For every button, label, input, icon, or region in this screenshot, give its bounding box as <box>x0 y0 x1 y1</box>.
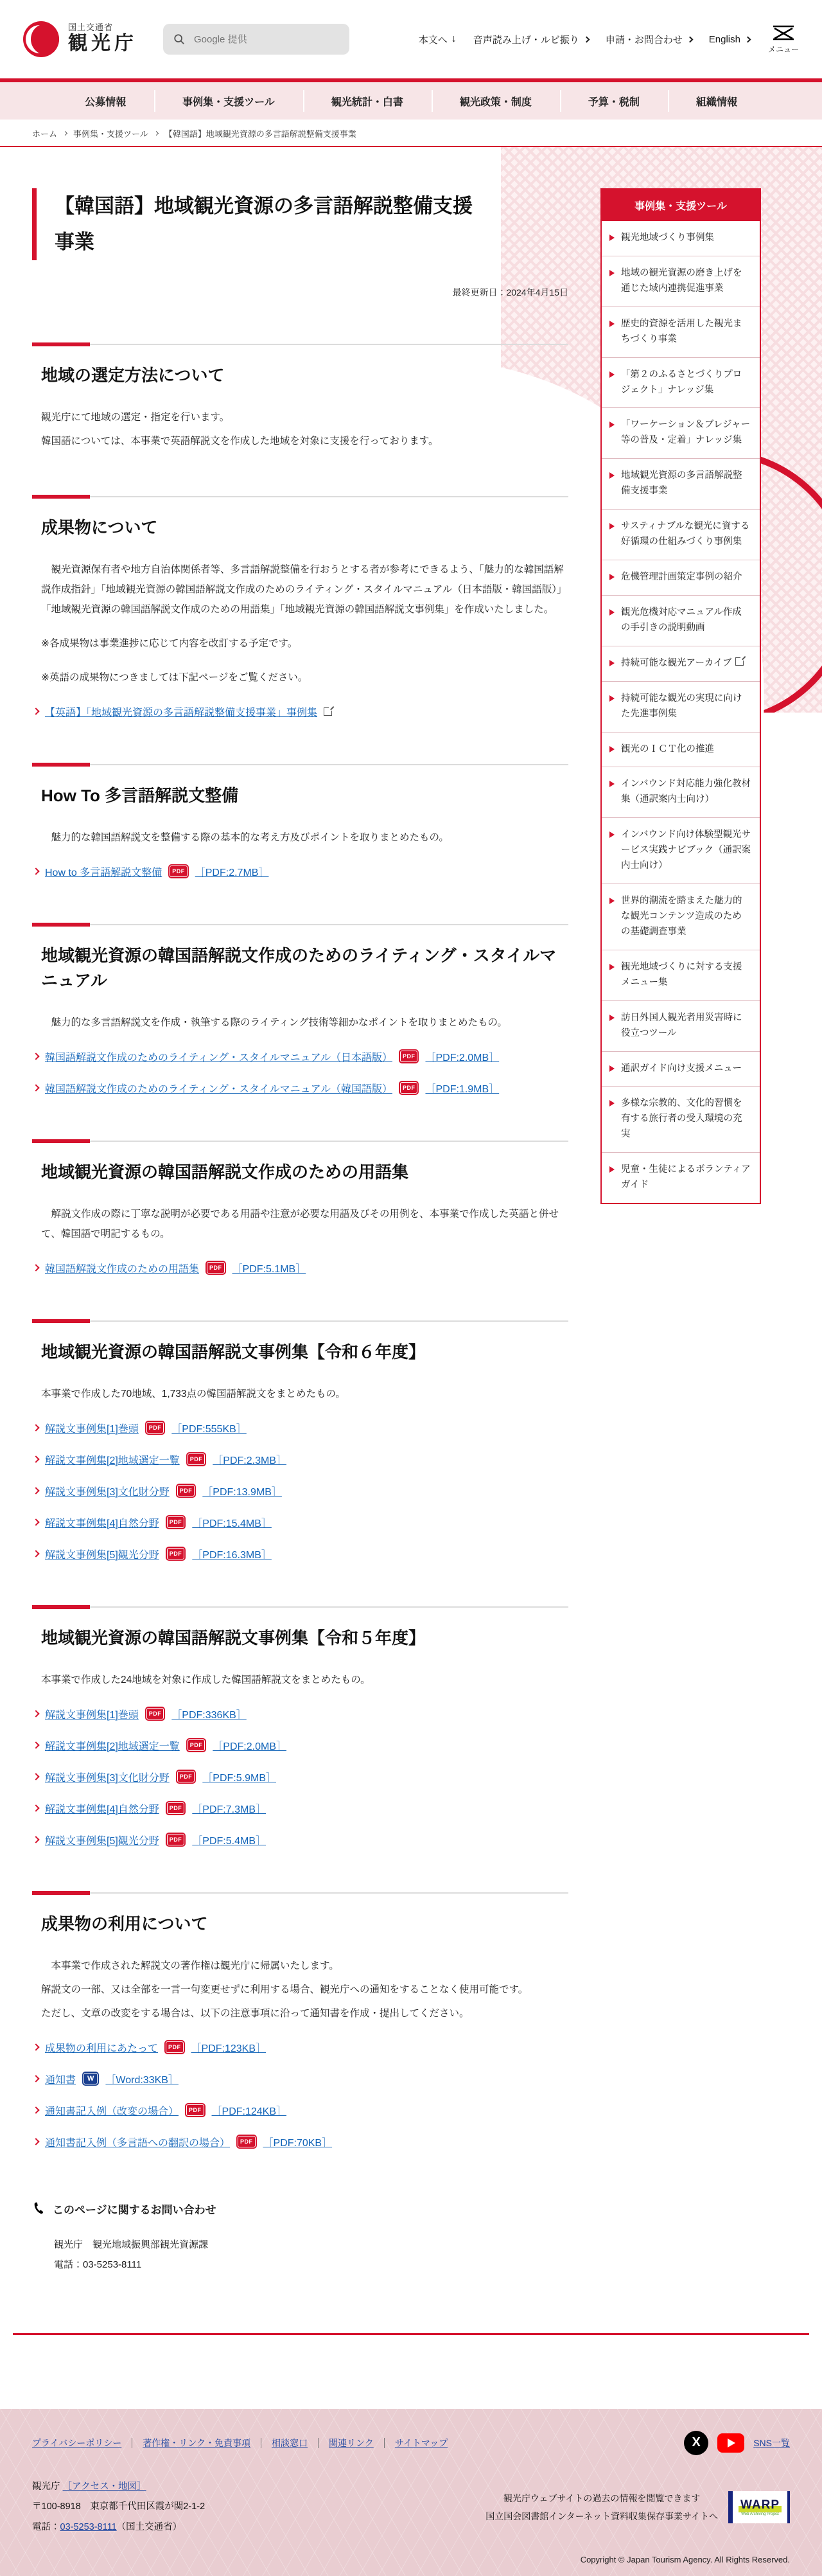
sidebar-item-label: 「ワーケーション＆ブレジャー等の普及・定着」ナレッジ集 <box>621 420 750 445</box>
section-heading: 地域観光資源の韓国語解説文作成のためのライティング・スタイルマニュアル <box>32 943 568 993</box>
section-heading-bar <box>32 1605 568 1609</box>
utility-link-label: 音声読み上げ・ルビ振り <box>473 33 579 46</box>
section-0: 地域の選定方法について観光庁にて地域の選定・指定を行います。韓国語については、本… <box>32 342 568 451</box>
sidebar-item-13[interactable]: インバウンド向け体験型観光サービス実践ナビブック（通訳案内士向け） <box>602 817 760 884</box>
sidebar-item-label: 訪日外国人観光者用災害時に役立つツール <box>621 1013 742 1038</box>
sidebar-item-10[interactable]: 持続可能な観光の実現に向けた先進事例集 <box>602 681 760 732</box>
section-heading-bar <box>32 763 568 767</box>
triangle-bullet-icon <box>609 746 615 752</box>
triangle-bullet-icon <box>609 898 615 904</box>
site-header: 国土交通省 観光庁 本文へ↓音声読み上げ・ルビ振り申請・お問合わせEnglish… <box>0 0 822 78</box>
nav-item-2[interactable]: 観光統計・白書 <box>303 82 432 120</box>
sidebar-item-label: 観光地域づくりに対する支援メニュー集 <box>621 962 742 988</box>
chevron-right-icon <box>32 1710 39 1717</box>
triangle-bullet-icon <box>609 1065 615 1072</box>
triangle-bullet-icon <box>609 321 615 327</box>
sidebar-item-label: 持続可能な観光アーカイブ <box>621 658 731 668</box>
breadcrumb-link-0[interactable]: ホーム <box>32 127 57 139</box>
pdf-icon: PDF <box>205 1261 226 1275</box>
phone-icon <box>32 2201 45 2216</box>
sidebar-item-label: 地域観光資源の多言語解説整備支援事業 <box>621 470 742 496</box>
document-link[interactable]: 解説文事例集[1]巻頭 <box>45 1707 139 1721</box>
document-link[interactable]: 韓国語解説文作成のためのライティング・スタイルマニュアル（韓国語版） <box>45 1081 392 1096</box>
section-heading-bar <box>32 1139 568 1143</box>
sidebar-item-label: インバウンド対応能力強化教材集（通訳案内士向け） <box>621 779 751 804</box>
sidebar-item-5[interactable]: 地域観光資源の多言語解説整備支援事業 <box>602 458 760 509</box>
document-link[interactable]: 解説文事例集[5]観光分野 <box>45 1547 159 1561</box>
file-size-link[interactable]: ［PDF:13.9MB］ <box>202 1484 282 1498</box>
document-link[interactable]: 通知書記入例（多言語への翻訳の場合） <box>45 2135 230 2149</box>
document-link[interactable]: 通知書 <box>45 2072 76 2086</box>
contact-heading: このページに関するお問い合わせ <box>53 2201 216 2217</box>
section-paragraph: 観光庁にて地域の選定・指定を行います。 <box>32 407 568 427</box>
sidebar-title: 事例集・支援ツール <box>602 190 760 221</box>
search-icon <box>173 33 185 45</box>
file-size-link[interactable]: ［PDF:2.7MB］ <box>195 864 269 879</box>
section-6: 地域観光資源の韓国語解説文事例集【令和５年度】本事業で作成した24地域を対象に作… <box>32 1605 568 1847</box>
document-link-row: 解説文事例集[2]地域選定一覧PDF［PDF:2.3MB］ <box>33 1452 568 1467</box>
footer-link-0[interactable]: プライバシーポリシー <box>32 2437 121 2449</box>
sidebar-item-11[interactable]: 観光のＩＣＴ化の推進 <box>602 732 760 767</box>
document-link[interactable]: 解説文事例集[5]観光分野 <box>45 1833 159 1847</box>
utility-link-1[interactable]: 音声読み上げ・ルビ振り <box>473 33 589 46</box>
triangle-bullet-icon <box>609 660 615 666</box>
chevron-right-icon <box>32 867 39 875</box>
document-link-row: 解説文事例集[3]文化財分野PDF［PDF:5.9MB］ <box>33 1770 568 1784</box>
utility-link-3[interactable]: English <box>709 34 750 45</box>
document-link-row: 解説文事例集[4]自然分野PDF［PDF:7.3MB］ <box>33 1801 568 1816</box>
chevron-right-icon <box>32 707 39 715</box>
document-link-row: 韓国語解説文作成のためのライティング・スタイルマニュアル（韓国語版）PDF［PD… <box>33 1081 568 1096</box>
section-4: 地域観光資源の韓国語解説文作成のための用語集 解説文作成の際に丁寧な説明が必要で… <box>32 1139 568 1275</box>
global-nav: 公募情報事例集・支援ツール観光統計・白書観光政策・制度予算・税制組織情報 <box>0 78 822 120</box>
sidebar-item-label: 持続可能な観光の実現に向けた先進事例集 <box>621 693 742 719</box>
document-link-row: 解説文事例集[4]自然分野PDF［PDF:15.4MB］ <box>33 1515 568 1530</box>
section-heading: 地域の選定方法について <box>32 363 568 388</box>
sidebar-item-1[interactable]: 地域の観光資源の磨き上げを通じた域内連携促進事業 <box>602 256 760 306</box>
triangle-bullet-icon <box>609 574 615 580</box>
sidebar-item-18[interactable]: 多様な宗教的、文化的習慣を有する旅行者の受入環境の充実 <box>602 1086 760 1152</box>
chevron-right-icon <box>32 1264 39 1271</box>
section-3: 地域観光資源の韓国語解説文作成のためのライティング・スタイルマニュアル 魅力的な… <box>32 923 568 1096</box>
triangle-bullet-icon <box>609 270 615 276</box>
menu-icon <box>771 24 796 41</box>
triangle-bullet-icon <box>609 1015 615 1021</box>
breadcrumb-separator <box>154 131 159 136</box>
section-heading-bar <box>32 1891 568 1895</box>
page-title: 【韓国語】地域観光資源の多言語解説整備支援事業 <box>32 188 482 260</box>
chevron-right-icon <box>32 2043 39 2050</box>
chevron-right-icon <box>32 1487 39 1494</box>
word-icon: W <box>82 2072 99 2086</box>
sidebar-item-label: 観光のＩＣＴ化の推進 <box>621 744 714 754</box>
pdf-icon: PDF <box>145 1421 166 1435</box>
footer-agency: 観光庁 <box>32 2482 60 2492</box>
triangle-bullet-icon <box>609 1166 615 1173</box>
file-size-link[interactable]: ［PDF:1.9MB］ <box>425 1081 499 1096</box>
utility-link-label: 申請・お問合わせ <box>606 33 683 46</box>
section-heading: 地域観光資源の韓国語解説文事例集【令和６年度】 <box>32 1340 568 1365</box>
breadcrumb-row: ホーム事例集・支援ツール【韓国語】地域観光資源の多言語解説整備支援事業 <box>0 120 822 147</box>
chevron-right-icon <box>32 2138 39 2145</box>
file-size-link[interactable]: ［PDF:123KB］ <box>191 2040 267 2055</box>
breadcrumb-current: 【韓国語】地域観光資源の多言語解説整備支援事業 <box>164 127 356 139</box>
triangle-bullet-icon <box>609 609 615 616</box>
sidebar-item-label: 危機管理計画策定事例の紹介 <box>621 572 742 582</box>
document-link-row: 【英語】「地域観光資源の多言語解説整備支援事業」事例集 <box>33 704 568 719</box>
sidebar: 事例集・支援ツール 観光地域づくり事例集地域の観光資源の磨き上げを通じた域内連携… <box>600 188 761 1204</box>
section-paragraph: 魅力的な韓国語解説文を整備する際の基本的な考え方及びポイントを取りまとめたもの。 <box>32 828 568 848</box>
pdf-icon: PDF <box>168 864 189 878</box>
document-link-row: 通知書記入例（改変の場合）PDF［PDF:124KB］ <box>33 2103 568 2118</box>
section-paragraph: ただし、文章の改変をする場合は、以下の注意事項に沿って通知書を作成・提出してくだ… <box>32 2003 568 2023</box>
sidebar-item-label: 歴史的資源を活用した観光まちづくり事業 <box>621 319 742 344</box>
sidebar-item-4[interactable]: 「ワーケーション＆ブレジャー等の普及・定着」ナレッジ集 <box>602 407 760 458</box>
sidebar-item-19[interactable]: 児童・生徒によるボランティアガイド <box>602 1152 760 1203</box>
utility-link-label: English <box>709 34 740 45</box>
pdf-icon: PDF <box>164 2040 185 2054</box>
x-twitter-icon[interactable]: X <box>684 2431 708 2455</box>
document-link-row: 解説文事例集[2]地域選定一覧PDF［PDF:2.0MB］ <box>33 1738 568 1753</box>
youtube-icon[interactable] <box>717 2433 744 2453</box>
chevron-right-icon <box>32 2106 39 2113</box>
section-paragraph: 本事業で作成した24地域を対象に作成した韓国語解説文をまとめたもの。 <box>32 1670 568 1690</box>
sidebar-item-label: 通訳ガイド向け支援メニュー <box>621 1063 742 1074</box>
section-2: How To 多言語解説文整備 魅力的な韓国語解説文を整備する際の基本的な考え方… <box>32 763 568 879</box>
document-link[interactable]: 解説文事例集[4]自然分野 <box>45 1515 159 1530</box>
document-link[interactable]: 韓国語解説文作成のための用語集 <box>45 1261 199 1275</box>
triangle-bullet-icon <box>609 695 615 702</box>
down-arrow-icon: ↓ <box>451 33 457 45</box>
archive-line1: 観光庁ウェブサイトの過去の情報を閲覧できます <box>485 2489 718 2507</box>
breadcrumb-link-1[interactable]: 事例集・支援ツール <box>73 127 148 139</box>
chevron-right-icon <box>32 1550 39 1557</box>
section-heading: How To 多言語解説文整備 <box>32 783 568 808</box>
sidebar-item-2[interactable]: 歴史的資源を活用した観光まちづくり事業 <box>602 306 760 357</box>
document-link-row: 通知書W［Word:33KB］ <box>33 2072 568 2086</box>
nav-item-1[interactable]: 事例集・支援ツール <box>154 82 303 120</box>
file-size-link[interactable]: ［PDF:70KB］ <box>263 2135 333 2149</box>
agency-logo[interactable]: 国土交通省 観光庁 <box>23 21 137 57</box>
external-link-icon <box>735 657 744 666</box>
nav-item-4[interactable]: 予算・税制 <box>560 82 668 120</box>
chevron-right-icon <box>32 1424 39 1431</box>
chevron-right-icon <box>32 1518 39 1525</box>
sidebar-item-label: サスティナブルな観光に資する好循環の仕組みづくり事例集 <box>621 521 749 547</box>
footer-tel-link[interactable]: 03-5253-8111 <box>60 2522 117 2532</box>
chevron-right-icon <box>32 1836 39 1843</box>
file-size-link[interactable]: ［PDF:7.3MB］ <box>192 1801 266 1816</box>
pdf-icon: PDF <box>176 1770 197 1784</box>
section-paragraph: 本事業で作成された解説文の著作権は観光庁に帰属いたします。 <box>32 1956 568 1976</box>
footer-social: X SNS一覧 <box>684 2431 790 2455</box>
chevron-right-icon <box>32 2075 39 2082</box>
pdf-icon: PDF <box>145 1707 166 1721</box>
access-map-link[interactable]: ［アクセス・地図］ <box>63 2482 146 2492</box>
section-heading: 地域観光資源の韓国語解説文作成のための用語集 <box>32 1160 568 1185</box>
sidebar-item-label: インバウンド向け体験型観光サービス実践ナビブック（通訳案内士向け） <box>621 830 751 871</box>
document-link-row: 成果物の利用にあたってPDF［PDF:123KB］ <box>33 2040 568 2055</box>
search-input[interactable] <box>194 34 322 45</box>
file-size-link[interactable]: ［PDF:2.3MB］ <box>213 1452 286 1467</box>
section-paragraph: 解説文作成の際に丁寧な説明が必要である用語や注意が必要な用語及びその用例を、本事… <box>32 1204 568 1244</box>
document-link[interactable]: 解説文事例集[3]文化財分野 <box>45 1770 170 1784</box>
nav-item-5[interactable]: 組織情報 <box>668 82 765 120</box>
file-size-link[interactable]: ［PDF:124KB］ <box>212 2103 287 2118</box>
sidebar-item-label: 児童・生徒によるボランティアガイド <box>621 1164 751 1190</box>
sidebar-item-label: 多様な宗教的、文化的習慣を有する旅行者の受入環境の充実 <box>621 1098 742 1139</box>
file-size-link[interactable]: ［PDF:2.0MB］ <box>213 1738 286 1753</box>
document-link-row: How to 多言語解説文整備PDF［PDF:2.7MB］ <box>33 864 568 879</box>
contact-dept: 観光庁 観光地域振興部観光資源課 <box>54 2235 790 2255</box>
section-paragraph: 解説文の一部、又は全部を一言一句変更せずに利用する場合、観光庁への通知をすること… <box>32 1980 568 2000</box>
footer-link-1[interactable]: 著作権・リンク・免責事項 <box>143 2437 250 2449</box>
sidebar-column: 事例集・支援ツール 観光地域づくり事例集地域の観光資源の磨き上げを通じた域内連携… <box>600 188 761 2149</box>
nav-item-3[interactable]: 観光政策・制度 <box>432 82 560 120</box>
sidebar-item-8[interactable]: 観光危機対応マニュアル作成の手引きの説明動画 <box>602 595 760 646</box>
section-paragraph: ※英語の成果物につきましては下記ページをご覧ください。 <box>32 668 568 688</box>
site-footer: プライバシーポリシー著作権・リンク・免責事項相談窓口関連リンクサイトマップ X … <box>0 2409 822 2576</box>
document-link[interactable]: 【英語】「地域観光資源の多言語解説整備支援事業」事例集 <box>45 704 317 719</box>
sidebar-item-17[interactable]: 通訳ガイド向け支援メニュー <box>602 1051 760 1087</box>
sns-list-link[interactable]: SNS一覧 <box>753 2437 790 2449</box>
contact-tel: 電話：03-5253-8111 <box>54 2255 790 2275</box>
archive-line2: 国立国会図書館インターネット資料収集保存事業サイトへ <box>485 2507 718 2525</box>
footer-links: プライバシーポリシー著作権・リンク・免責事項相談窓口関連リンクサイトマップ <box>32 2437 448 2449</box>
section-heading: 成果物の利用について <box>32 1912 568 1937</box>
section-heading-bar <box>32 923 568 927</box>
section-paragraph: ※各成果物は事業進捗に応じて内容を改訂する予定です。 <box>32 634 568 653</box>
web-archive-block: 観光庁ウェブサイトの過去の情報を閲覧できます 国立国会図書館インターネット資料収… <box>485 2477 790 2539</box>
triangle-bullet-icon <box>609 422 615 428</box>
agency-name-small: 国土交通省 <box>68 23 137 33</box>
menu-label: メニュー <box>768 44 799 55</box>
chevron-right-icon <box>32 1455 39 1462</box>
pdf-icon: PDF <box>185 2103 205 2117</box>
pdf-icon: PDF <box>186 1452 207 1466</box>
section-paragraph: 本事業で作成した70地域、1,733点の韓国語解説文をまとめたもの。 <box>32 1384 568 1404</box>
chevron-right-icon <box>32 1053 39 1060</box>
document-link-row: 解説文事例集[5]観光分野PDF［PDF:16.3MB］ <box>33 1547 568 1561</box>
agency-name: 観光庁 <box>68 33 137 55</box>
footer-link-3[interactable]: 関連リンク <box>329 2437 374 2449</box>
document-link[interactable]: How to 多言語解説文整備 <box>45 864 162 879</box>
file-size-link[interactable]: ［Word:33KB］ <box>105 2072 179 2086</box>
chevron-right-icon <box>32 1741 39 1748</box>
sidebar-item-7[interactable]: 危機管理計画策定事例の紹介 <box>602 560 760 595</box>
pdf-icon: PDF <box>176 1484 197 1498</box>
section-heading: 成果物について <box>32 515 568 540</box>
document-link[interactable]: 解説文事例集[2]地域選定一覧 <box>45 1452 180 1467</box>
section-heading-bar <box>32 495 568 499</box>
file-size-link[interactable]: ［PDF:2.0MB］ <box>425 1049 499 1064</box>
pdf-icon: PDF <box>166 1833 186 1847</box>
footer-link-separator <box>261 2438 261 2448</box>
triangle-bullet-icon <box>609 831 615 838</box>
document-link[interactable]: 通知書記入例（改変の場合） <box>45 2103 179 2118</box>
document-link[interactable]: 解説文事例集[4]自然分野 <box>45 1801 159 1816</box>
triangle-bullet-icon <box>609 1100 615 1106</box>
triangle-bullet-icon <box>609 472 615 479</box>
pdf-icon: PDF <box>399 1049 419 1063</box>
sidebar-item-16[interactable]: 訪日外国人観光者用災害時に役立つツール <box>602 1000 760 1051</box>
sidebar-item-15[interactable]: 観光地域づくりに対する支援メニュー集 <box>602 950 760 1000</box>
pdf-icon: PDF <box>399 1081 419 1095</box>
section-5: 地域観光資源の韓国語解説文事例集【令和６年度】本事業で作成した70地域、1,73… <box>32 1319 568 1561</box>
document-link-row: 韓国語解説文作成のための用語集PDF［PDF:5.1MB］ <box>33 1261 568 1275</box>
pdf-icon: PDF <box>166 1801 186 1815</box>
menu-button[interactable]: メニュー <box>768 24 799 55</box>
copyright: Copyright © Japan Tourism Agency. All Ri… <box>32 2555 790 2564</box>
sidebar-item-label: 世界的潮流を踏まえた魅力的な観光コンテンツ造成のための基礎調査事業 <box>621 896 742 937</box>
site-search[interactable] <box>163 24 349 55</box>
file-size-link[interactable]: ［PDF:16.3MB］ <box>192 1547 272 1561</box>
document-link-row: 解説文事例集[1]巻頭PDF［PDF:555KB］ <box>33 1421 568 1435</box>
utility-link-0[interactable]: 本文へ↓ <box>419 33 457 46</box>
external-link-icon <box>324 707 332 716</box>
document-link[interactable]: 解説文事例集[2]地域選定一覧 <box>45 1738 180 1753</box>
document-link-row: 解説文事例集[1]巻頭PDF［PDF:336KB］ <box>33 1707 568 1721</box>
chevron-right-icon <box>583 36 590 42</box>
chevron-right-icon <box>686 36 693 42</box>
triangle-bullet-icon <box>609 964 615 970</box>
file-size-link[interactable]: ［PDF:15.4MB］ <box>192 1515 272 1530</box>
sidebar-item-label: 観光地域づくり事例集 <box>621 233 714 243</box>
nav-item-0[interactable]: 公募情報 <box>57 82 154 120</box>
file-size-link[interactable]: ［PDF:5.4MB］ <box>192 1833 266 1847</box>
footer-link-separator <box>384 2438 385 2448</box>
pdf-icon: PDF <box>166 1515 186 1529</box>
sidebar-item-12[interactable]: インバウンド対応能力強化教材集（通訳案内士向け） <box>602 767 760 817</box>
section-heading: 地域観光資源の韓国語解説文事例集【令和５年度】 <box>32 1626 568 1651</box>
breadcrumb-separator <box>63 131 67 136</box>
sidebar-item-label: 地域の観光資源の磨き上げを通じた域内連携促進事業 <box>621 268 742 294</box>
footer-link-separator <box>318 2438 319 2448</box>
document-link[interactable]: 解説文事例集[1]巻頭 <box>45 1421 139 1435</box>
triangle-bullet-icon <box>609 235 615 241</box>
sidebar-item-14[interactable]: 世界的潮流を踏まえた魅力的な観光コンテンツ造成のための基礎調査事業 <box>602 884 760 950</box>
breadcrumb: ホーム事例集・支援ツール【韓国語】地域観光資源の多言語解説整備支援事業 <box>32 127 790 139</box>
pdf-icon: PDF <box>186 1738 207 1752</box>
pdf-icon: PDF <box>236 2135 257 2149</box>
footer-link-2[interactable]: 相談窓口 <box>272 2437 308 2449</box>
triangle-bullet-icon <box>609 781 615 787</box>
sidebar-item-0[interactable]: 観光地域づくり事例集 <box>602 221 760 256</box>
section-paragraph: 韓国語については、本事業で英語解説文を作成した地域を対象に支援を行っております。 <box>32 431 568 451</box>
file-size-link[interactable]: ［PDF:5.9MB］ <box>202 1770 276 1784</box>
agency-logo-icon <box>23 21 59 57</box>
chevron-right-icon <box>32 1084 39 1091</box>
main-column: 【韓国語】地域観光資源の多言語解説整備支援事業 最終更新日：2024年4月15日… <box>32 188 568 2149</box>
footer-address: 観光庁 ［アクセス・地図］ 〒100-8918 東京都千代田区霞が関2-1-2 … <box>32 2477 205 2539</box>
document-link-row: 解説文事例集[3]文化財分野PDF［PDF:13.9MB］ <box>33 1484 568 1498</box>
document-link[interactable]: 韓国語解説文作成のためのライティング・スタイルマニュアル（日本語版） <box>45 1049 392 1064</box>
file-size-link[interactable]: ［PDF:336KB］ <box>171 1707 247 1721</box>
contact-block: このページに関するお問い合わせ 観光庁 観光地域振興部観光資源課 電話：03-5… <box>32 2201 790 2310</box>
section-7: 成果物の利用について 本事業で作成された解説文の著作権は観光庁に帰属いたします。… <box>32 1891 568 2149</box>
sidebar-item-label: 「第２のふるさとづくりプロジェクト」ナレッジ集 <box>621 369 742 395</box>
file-size-link[interactable]: ［PDF:555KB］ <box>171 1421 247 1435</box>
chevron-right-icon <box>32 1804 39 1811</box>
document-link-row: 通知書記入例（多言語への翻訳の場合）PDF［PDF:70KB］ <box>33 2135 568 2149</box>
section-1: 成果物について 観光資源保有者や地方自治体関係者等、多言語解説整備を行おうとする… <box>32 495 568 719</box>
document-link-row: 解説文事例集[5]観光分野PDF［PDF:5.4MB］ <box>33 1833 568 1847</box>
sidebar-item-9[interactable]: 持続可能な観光アーカイブ <box>602 646 760 681</box>
triangle-bullet-icon <box>609 371 615 378</box>
last-updated: 最終更新日：2024年4月15日 <box>32 286 568 299</box>
warp-logo[interactable]: WARP Web Archiving Project <box>728 2491 790 2523</box>
utility-links: 本文へ↓音声読み上げ・ルビ振り申請・お問合わせEnglish <box>419 33 750 46</box>
page-body: 【韓国語】地域観光資源の多言語解説整備支援事業 最終更新日：2024年4月15日… <box>0 147 822 2409</box>
document-link[interactable]: 解説文事例集[3]文化財分野 <box>45 1484 170 1498</box>
utility-link-2[interactable]: 申請・お問合わせ <box>606 33 692 46</box>
chevron-right-icon <box>32 1773 39 1780</box>
sidebar-item-label: 観光危機対応マニュアル作成の手引きの説明動画 <box>621 607 742 633</box>
section-heading-bar <box>32 342 568 346</box>
section-paragraph: 観光資源保有者や地方自治体関係者等、多言語解説整備を行おうとする者が参考にできる… <box>32 560 568 619</box>
sidebar-item-6[interactable]: サスティナブルな観光に資する好循環の仕組みづくり事例集 <box>602 509 760 560</box>
chevron-right-icon <box>745 36 751 42</box>
file-size-link[interactable]: ［PDF:5.1MB］ <box>232 1261 306 1275</box>
pdf-icon: PDF <box>166 1547 186 1561</box>
footer-link-separator <box>132 2438 132 2448</box>
sidebar-item-3[interactable]: 「第２のふるさとづくりプロジェクト」ナレッジ集 <box>602 357 760 408</box>
footer-link-4[interactable]: サイトマップ <box>395 2437 448 2449</box>
document-link[interactable]: 成果物の利用にあたって <box>45 2040 158 2055</box>
section-paragraph: 魅力的な多言語解説文を作成・執筆する際のライティング技術等細かなポイントを取りま… <box>32 1013 568 1033</box>
section-heading-bar <box>32 1319 568 1323</box>
utility-link-label: 本文へ <box>419 33 448 46</box>
triangle-bullet-icon <box>609 523 615 529</box>
footer-postal-address: 〒100-8918 東京都千代田区霞が関2-1-2 <box>32 2497 205 2518</box>
document-link-row: 韓国語解説文作成のためのライティング・スタイルマニュアル（日本語版）PDF［PD… <box>33 1049 568 1064</box>
